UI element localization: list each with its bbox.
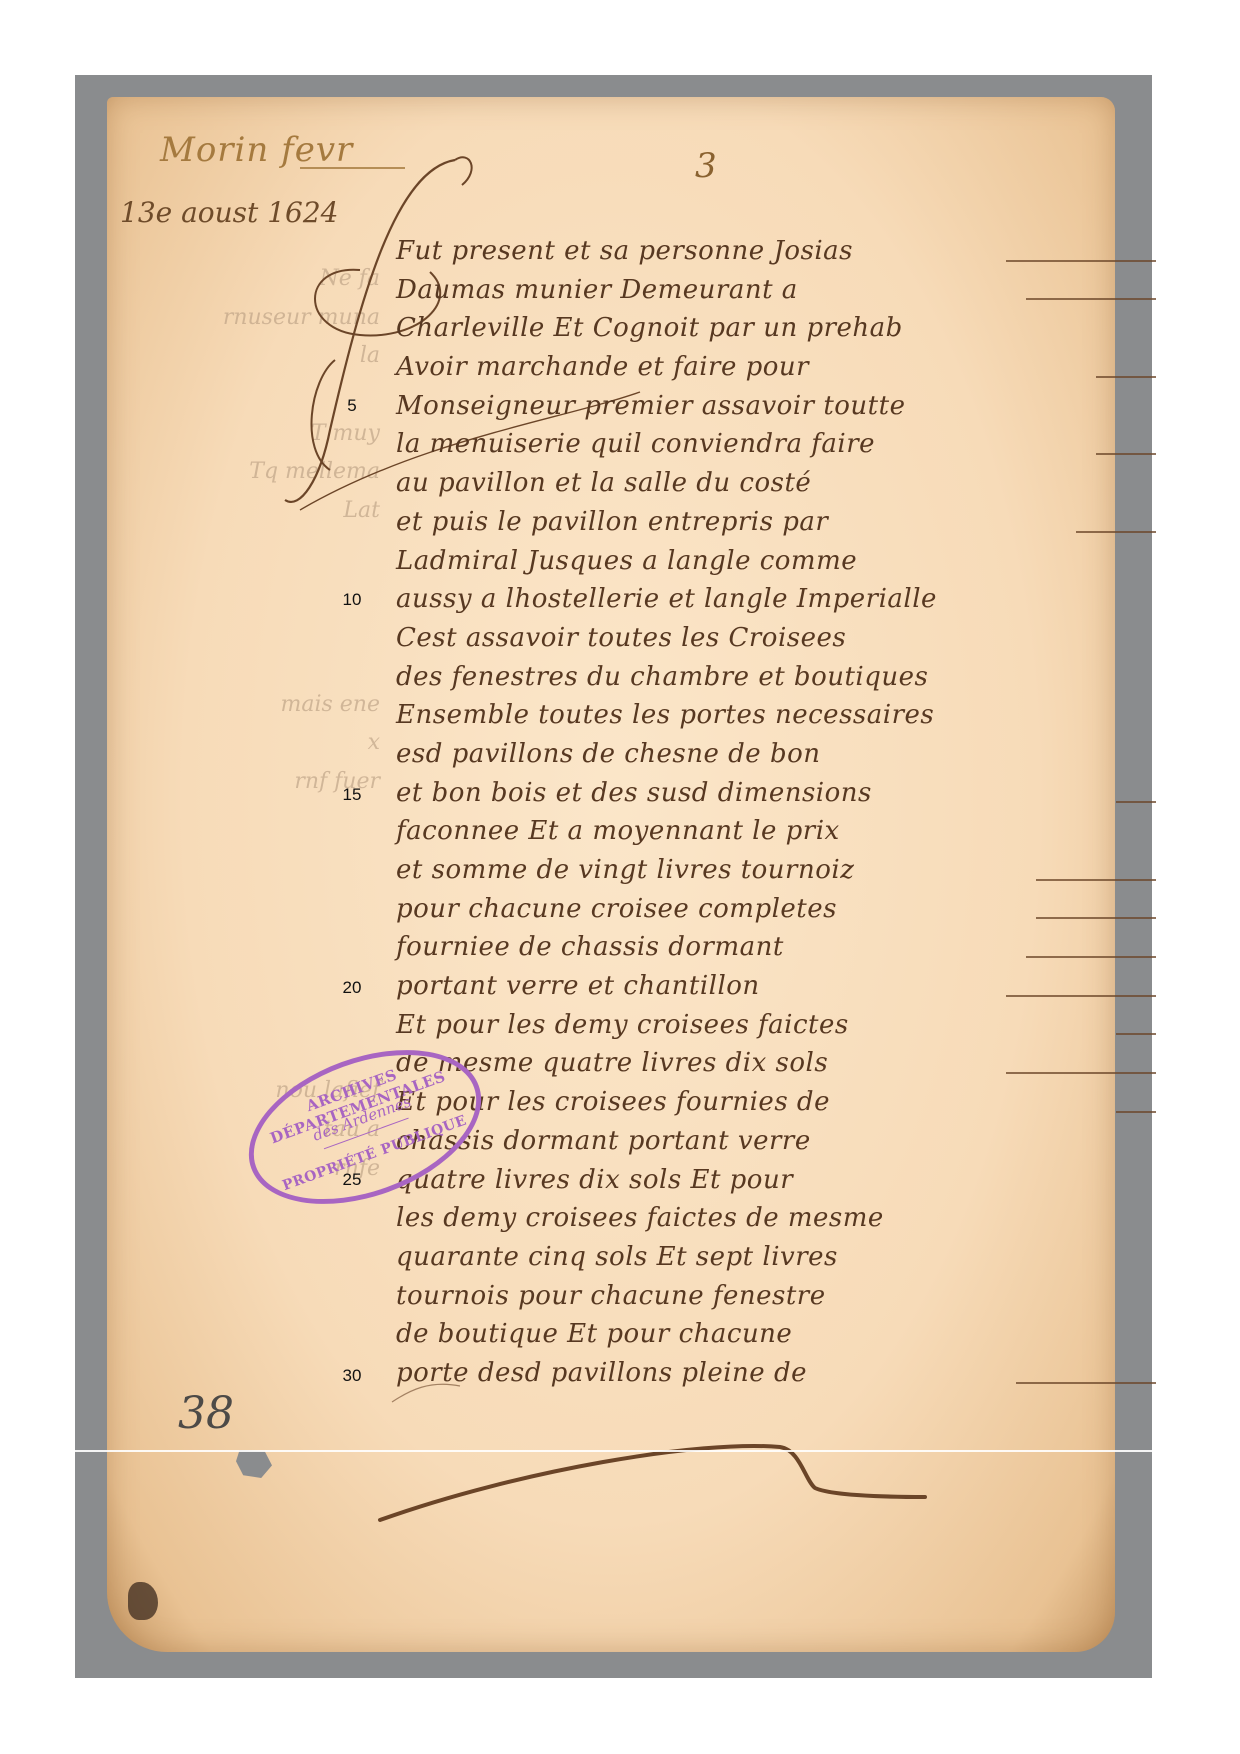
corner-page-number: 38 [178,1388,234,1439]
showthrough-text: Ne fa [150,260,380,299]
manuscript-line-text: porte desd pavillons pleine de [396,1358,807,1388]
manuscript-line: Et pour les demy croisees faictes [396,1006,1096,1045]
manuscript-line-text: Monseigneur premier assavoir toutte [396,391,905,421]
showthrough-text: x [150,724,380,763]
line-filler-stroke [1006,1072,1156,1074]
folio-number: 3 [695,146,717,186]
manuscript-line-text: et somme de vingt livres tournoiz [396,855,854,885]
showthrough-text [150,995,380,1034]
showthrough-text [150,1305,380,1344]
manuscript-line-text: esd pavillons de chesne de bon [396,739,821,769]
ink-stain [128,1582,158,1620]
manuscript-line: Ladmiral Jusques a langle comme [396,542,1096,581]
manuscript-line-text: Cest assavoir toutes les Croisees [396,623,846,653]
line-number-15: 15 [332,785,372,805]
showthrough-text: Tq mellema [150,453,380,492]
manuscript-line: Cest assavoir toutes les Croisees [396,619,1096,658]
manuscript-line-text: Et pour les demy croisees faictes [396,1010,849,1040]
manuscript-line: pour chacune croisee completes [396,890,1096,929]
line-filler-stroke [1116,1033,1156,1035]
manuscript-line: Monseigneur premier assavoir toutte [396,387,1096,426]
showthrough-text [150,879,380,918]
manuscript-line-text: et bon bois et des susd dimensions [396,778,872,808]
line-filler-stroke [1116,801,1156,803]
line-filler-stroke [1026,298,1156,300]
header-date-annotation: 13e aoust 1624 [120,196,338,229]
manuscript-line: porte desd pavillons pleine de [396,1354,1096,1393]
manuscript-line-text: Ladmiral Jusques a langle comme [396,546,857,576]
manuscript-line-text: pour chacune croisee completes [396,894,837,924]
manuscript-line: Ensemble toutes les portes necessaires [396,696,1096,735]
manuscript-line-text: de boutique Et pour chacune [396,1319,792,1349]
showthrough-text [150,918,380,957]
line-number-10: 10 [332,590,372,610]
showthrough-text: mais ene [150,686,380,725]
line-filler-stroke [1036,879,1156,881]
line-filler-stroke [1036,917,1156,919]
showthrough-text [150,531,380,570]
manuscript-line-text: des fenestres du chambre et boutiques [396,662,928,692]
manuscript-line-text: tournois pour chacune fenestre [396,1281,826,1311]
line-filler-stroke [1096,453,1156,455]
manuscript-line-text: Charleville Et Cognoit par un prehab [396,313,903,343]
manuscript-line: de mesme quatre livres dix sols [396,1044,1096,1083]
manuscript-line: aussy a lhostellerie et langle Imperiall… [396,580,1096,619]
manuscript-line: Avoir marchande et faire pour [396,348,1096,387]
manuscript-line: esd pavillons de chesne de bon [396,735,1096,774]
showthrough-text: T muy [150,415,380,454]
line-filler-stroke [1006,260,1156,262]
manuscript-line-text: et puis le pavillon entrepris par [396,507,828,537]
manuscript-line: chassis dormant portant verre [396,1122,1096,1161]
showthrough-text [150,1227,380,1266]
line-filler-stroke [1096,376,1156,378]
manuscript-line: des fenestres du chambre et boutiques [396,658,1096,697]
manuscript-line: de boutique Et pour chacune [396,1315,1096,1354]
manuscript-line: quatre livres dix sols Et pour [396,1161,1096,1200]
line-number-5: 5 [332,396,372,416]
showthrough-text: la [150,337,380,376]
manuscript-body: Fut present et sa personne JosiasDaumas … [396,232,1096,1393]
manuscript-line: Charleville Et Cognoit par un prehab [396,309,1096,348]
manuscript-line-text: Daumas munier Demeurant a [396,275,798,305]
scan-artifact-line [75,1450,1152,1452]
line-number-20: 20 [332,978,372,998]
showthrough-text [150,840,380,879]
showthrough-text: rnuseur muna [150,299,380,338]
manuscript-line: la menuiserie quil conviendra faire [396,425,1096,464]
manuscript-line-text: portant verre et chantillon [396,971,760,1001]
line-number-30: 30 [332,1366,372,1386]
manuscript-line: et puis le pavillon entrepris par [396,503,1096,542]
line-filler-stroke [1116,1111,1156,1113]
manuscript-line: Et pour les croisees fournies de [396,1083,1096,1122]
header-underline [300,167,405,169]
manuscript-line: Daumas munier Demeurant a [396,271,1096,310]
manuscript-line-text: Ensemble toutes les portes necessaires [396,700,934,730]
manuscript-line: les demy croisees faictes de mesme [396,1199,1096,1238]
showthrough-text [150,608,380,647]
line-filler-stroke [1006,995,1156,997]
manuscript-line: portant verre et chantillon [396,967,1096,1006]
showthrough-text: Lat [150,492,380,531]
manuscript-line: tournois pour chacune fenestre [396,1277,1096,1316]
manuscript-line: quarante cinq sols Et sept livres [396,1238,1096,1277]
line-filler-stroke [1016,1382,1156,1384]
manuscript-line-text: les demy croisees faictes de mesme [396,1203,884,1233]
showthrough-text [150,647,380,686]
manuscript-line-text: Avoir marchande et faire pour [396,352,809,382]
manuscript-line: et somme de vingt livres tournoiz [396,851,1096,890]
manuscript-line: Fut present et sa personne Josias [396,232,1096,271]
manuscript-line-text: quarante cinq sols Et sept livres [396,1242,838,1272]
line-filler-stroke [1076,531,1156,533]
manuscript-line-text: faconnee Et a moyennant le prix [396,816,840,846]
margin-showthrough: Ne farnuseur munalaT muyTq mellemaLatmai… [150,260,380,1421]
manuscript-line-text: aussy a lhostellerie et langle Imperiall… [396,584,937,614]
showthrough-text [150,802,380,841]
line-filler-stroke [1026,956,1156,958]
manuscript-line: fourniee de chassis dormant [396,928,1096,967]
manuscript-line-text: au pavillon et la salle du costé [396,468,811,498]
manuscript-line-text: quatre livres dix sols Et pour [396,1165,793,1195]
manuscript-line-text: fourniee de chassis dormant [396,932,784,962]
showthrough-text [150,1266,380,1305]
manuscript-line: au pavillon et la salle du costé [396,464,1096,503]
header-name-annotation: Morin fevr [160,130,353,170]
manuscript-line-text: la menuiserie quil conviendra faire [396,429,875,459]
manuscript-line-text: Fut present et sa personne Josias [396,236,853,266]
manuscript-line: et bon bois et des susd dimensions [396,774,1096,813]
manuscript-line: faconnee Et a moyennant le prix [396,812,1096,851]
